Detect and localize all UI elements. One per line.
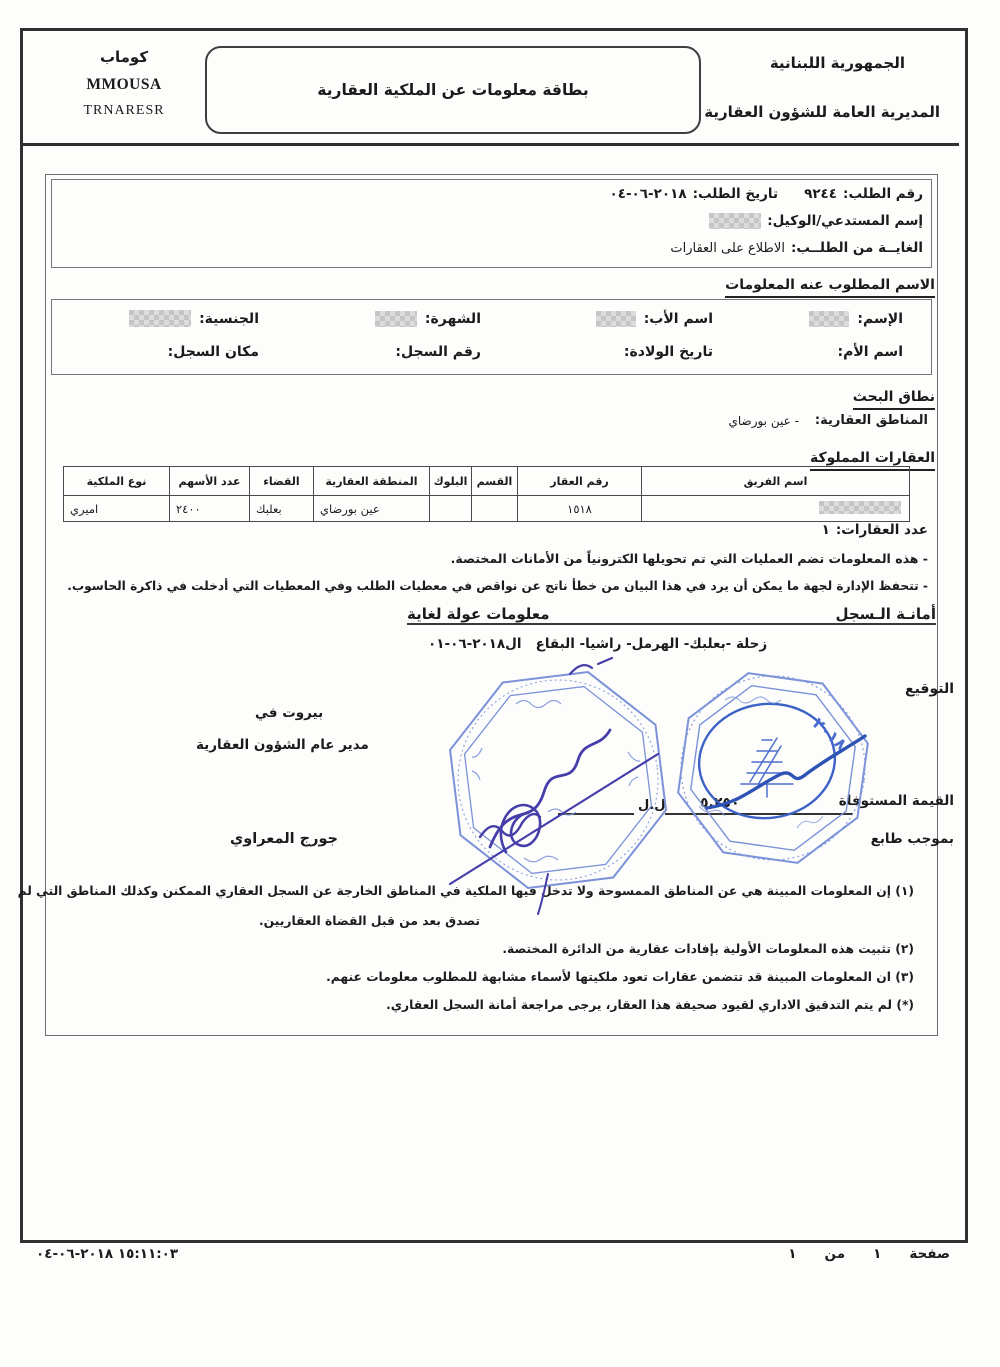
request-number-label: رقم الطلب: xyxy=(843,186,923,202)
transfer-until-date: ٢٠١٨-٠٦-٠١ xyxy=(428,636,505,652)
search-scope-heading: نطاق البحث xyxy=(853,386,935,405)
count-value: ١ xyxy=(822,522,830,538)
request-number-value: ٩٢٤٤ xyxy=(804,186,837,202)
octagonal-stamp-signature-icon xyxy=(420,652,700,920)
directorate-title: المديرية العامة للشؤون العقارية xyxy=(704,103,940,121)
print-timestamp: ١٥:١١:٠٣ ٢٠١٨-٠٦-٠٤ xyxy=(36,1246,178,1262)
properties-count-line: عدد العقارات: ١ xyxy=(822,522,928,538)
signature-label: التوقيع xyxy=(905,681,954,697)
registry-transfer-note: معلومات عولة لغاية xyxy=(407,605,550,623)
col-section: القسم xyxy=(472,467,518,496)
redacted-father-name xyxy=(596,311,636,327)
properties-table-header-row: اسم الفريق رقم العقار القسم البلوك المنط… xyxy=(64,467,910,496)
page-word: صفحة xyxy=(909,1246,950,1262)
cell-party-name xyxy=(642,496,910,522)
total-pages: ١ xyxy=(788,1246,796,1262)
request-number-line: رقم الطلب: ٩٢٤٤ تاريخ الطلب: ٢٠١٨-٠٦-٠٤ xyxy=(609,186,923,202)
document-title-box: بطاقة معلومات عن الملكية العقارية xyxy=(205,46,701,134)
field-name: الإسم: xyxy=(713,310,931,327)
cell-ownership-type: اميري xyxy=(64,496,170,522)
director-title: مدير عام الشؤون العقارية xyxy=(196,737,369,753)
field-surname: الشهرة: xyxy=(259,310,481,327)
cell-area: عين بورضاي xyxy=(314,496,430,522)
subject-fields-box: الإسم: اسم الأب: الشهرة: الجنسية: اسم ال… xyxy=(51,299,932,375)
redacted-surname xyxy=(375,311,417,327)
page-number: ١ xyxy=(873,1246,881,1262)
col-shares: عدد الأسهم xyxy=(170,467,250,496)
col-block: البلوك xyxy=(430,467,472,496)
col-ownership-type: نوع الملكية xyxy=(64,467,170,496)
applicant-label: إسم المستدعي/الوكيل: xyxy=(767,213,923,229)
subject-row-1: الإسم: اسم الأب: الشهرة: الجنسية: xyxy=(52,310,931,327)
field-nationality: الجنسية: xyxy=(59,310,259,327)
disclaimer-note-1: - هذه المعلومات تضم العمليات التي تم تحو… xyxy=(451,551,928,566)
scanned-document-page: الجمهورية اللبنانية المديرية العامة للشؤ… xyxy=(0,0,1000,1367)
footnote-4: (*) لم يتم التدقيق الاداري لقيود صحيفة ه… xyxy=(386,998,914,1012)
field-record-place: مكان السجل: xyxy=(59,344,259,360)
header-separator-line xyxy=(23,143,959,146)
field-birthdate: تاريخ الولادة: xyxy=(481,344,713,360)
subject-row-2: اسم الأم: تاريخ الولادة: رقم السجل: مكان… xyxy=(52,344,931,360)
request-date-label: تاريخ الطلب: xyxy=(693,186,778,202)
office-code-latin-2: TRNARESR xyxy=(68,103,180,119)
disclaimer-note-2: - تتحفظ الإدارة لجهة ما يمكن أن يرد في ه… xyxy=(67,579,928,593)
properties-table: اسم الفريق رقم العقار القسم البلوك المنط… xyxy=(63,466,910,522)
col-property-number: رقم العقار xyxy=(518,467,642,496)
redacted-applicant-name xyxy=(709,213,761,229)
registry-office: أمانـة الـسجل xyxy=(835,605,936,623)
areas-value: - عين بورضاي xyxy=(728,414,798,428)
purpose-line: الغايــة من الطلــب: الاطلاع على العقارا… xyxy=(670,240,923,256)
registry-transfer-line: أمانـة الـسجل معلومات عولة لغاية xyxy=(407,597,936,625)
of-word: من xyxy=(825,1246,846,1262)
office-code-latin-1: MMOUSA xyxy=(68,76,180,94)
field-father-name: اسم الأب: xyxy=(481,310,713,327)
field-mother-name: اسم الأم: xyxy=(713,344,931,360)
redacted-nationality xyxy=(129,310,191,327)
count-label: عدد العقارات: xyxy=(836,522,928,538)
col-real-estate-area: المنطقة العقارية xyxy=(314,467,430,496)
document-title: بطاقة معلومات عن الملكية العقارية xyxy=(317,81,588,99)
cell-district: بعلبك xyxy=(250,496,314,522)
city-line: بيروت في xyxy=(255,705,323,721)
property-row: ١٥١٨ عين بورضاي بعلبك ٢٤٠٠ اميري xyxy=(64,496,910,522)
subject-section-heading: الاسم المطلوب عنه المعلومات xyxy=(725,274,935,293)
cell-section xyxy=(472,496,518,522)
cell-shares: ٢٤٠٠ xyxy=(170,496,250,522)
col-district: القضاء xyxy=(250,467,314,496)
page-number-line: صفحة ١ من ١ xyxy=(788,1246,950,1262)
redacted-party-name xyxy=(819,501,901,514)
purpose-value: الاطلاع على العقارات xyxy=(670,241,785,256)
applicant-line: إسم المستدعي/الوكيل: xyxy=(709,213,923,229)
request-date-value: ٢٠١٨-٠٦-٠٤ xyxy=(609,186,686,202)
republic-title: الجمهورية اللبنانية xyxy=(770,54,905,72)
purpose-label: الغايــة من الطلــب: xyxy=(791,240,923,256)
registry-regions-line: زحلة -بعلبك- الهرمل- راشيا- البقاع ال٢٠١… xyxy=(428,636,767,652)
search-areas-line: المناطق العقارية: - عين بورضاي xyxy=(728,413,928,428)
redacted-name xyxy=(809,311,849,327)
footnote-3: (٣) ان المعلومات المبينة قد تتضمن عقارات… xyxy=(326,970,914,984)
properties-section-heading: العقارات المملوكة xyxy=(810,447,935,466)
areas-label: المناطق العقارية: xyxy=(815,413,928,428)
col-party-name: اسم الفريق xyxy=(642,467,910,496)
cell-property-number: ١٥١٨ xyxy=(518,496,642,522)
field-record-number: رقم السجل: xyxy=(259,344,481,360)
office-code-arabic: كوماب xyxy=(68,48,180,66)
director-name: جورج المعراوي xyxy=(230,831,338,847)
footnote-2: (٢) تثبيت هذه المعلومات الأولية بإفادات … xyxy=(502,942,914,956)
cell-block xyxy=(430,496,472,522)
office-code-block: كوماب MMOUSA TRNARESR xyxy=(68,48,180,119)
